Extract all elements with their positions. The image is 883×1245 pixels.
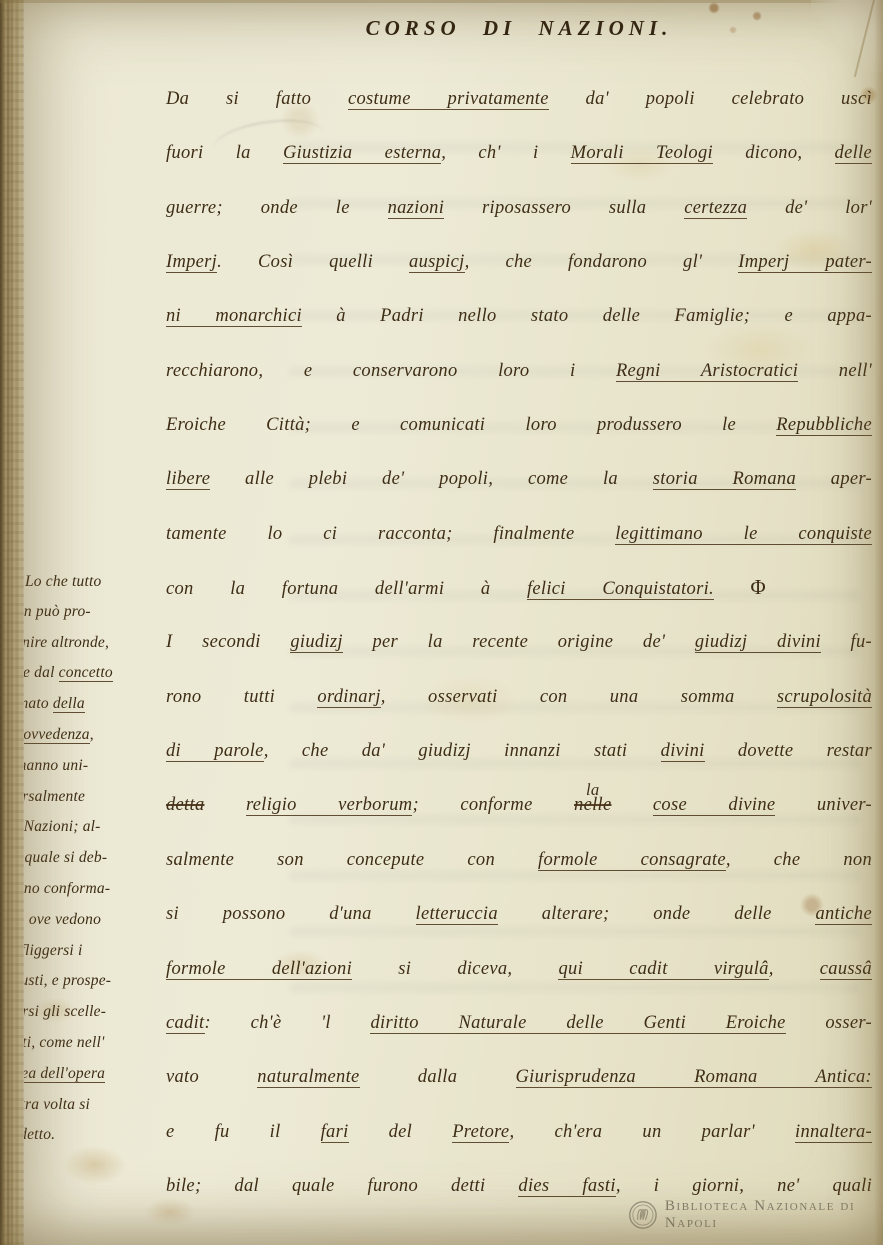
text-segment: , ch'era un parlar' <box>509 1122 795 1142</box>
manuscript-line: Provvedenza, <box>8 720 163 751</box>
text-segment: , che non <box>726 850 872 870</box>
text-segment: salmente son concepute con <box>166 850 538 870</box>
text-segment: , osservati con una somma <box>381 687 777 707</box>
text-segment: dovette restar <box>705 741 872 761</box>
manuscript-line: libere alle plebi de' popoli, come la st… <box>166 452 872 506</box>
text-segment: con la fortuna dell'armi à <box>166 579 527 599</box>
text-segment: osser- <box>786 1013 872 1033</box>
text-segment: , <box>90 726 94 743</box>
manuscript-line: non può pro- <box>8 597 163 628</box>
text-segment: ; conforme <box>412 795 574 815</box>
text-segment: concetto <box>59 664 113 682</box>
text-segment: letteruccia <box>416 904 498 925</box>
text-segment: recchiarono, e conservarono loro i <box>166 361 616 381</box>
margin-note: Φ Lo che tuttonon può pro-venire altrond… <box>8 566 163 1151</box>
text-segment: univer- <box>775 795 872 815</box>
manuscript-line: con la fortuna dell'armi à felici Conqui… <box>166 561 766 615</box>
text-segment: riposassero sulla <box>444 198 684 218</box>
manuscript-line: cadit: ch'è 'l diritto Naturale delle Ge… <box>166 996 872 1050</box>
text-segment: costume privatamente <box>348 89 549 110</box>
text-segment: libere <box>166 469 210 490</box>
manuscript-line: bile; dal quale furono detti dies fasti,… <box>166 1159 872 1213</box>
manuscript-line: Eroiche Città; e comunicati loro produss… <box>166 398 872 452</box>
manuscript-line: si possono d'una letteruccia alterare; o… <box>166 887 872 941</box>
text-segment: diritto Naturale delle Genti Eroiche <box>370 1013 785 1034</box>
text-segment: innaltera- <box>795 1122 872 1143</box>
text-segment: . Così quelli <box>217 252 409 272</box>
manuscript-line: c'hanno uni- <box>8 751 163 782</box>
manuscript-line: Φ Lo che tutto <box>8 566 163 597</box>
text-segment: detta <box>166 795 205 815</box>
text-segment: nazioni <box>388 198 445 219</box>
manuscript-line: formole dell'azioni si diceva, qui cadit… <box>166 942 872 996</box>
text-segment: qui cadit virgulâ <box>558 959 768 980</box>
page-right-edge <box>874 0 883 1245</box>
binding-texture <box>0 0 24 1245</box>
text-segment <box>205 795 246 815</box>
manuscript-line: ni monarchici à Padri nello stato delle … <box>166 289 872 343</box>
page-top-edge <box>0 0 883 3</box>
text-segment: Da si fatto <box>166 89 348 109</box>
manuscript-line: e fu il fari del Pretore, ch'era un parl… <box>166 1105 872 1159</box>
text-segment: Morali Teologi <box>571 143 713 164</box>
text-segment: si possono d'una <box>166 904 416 924</box>
text-segment: Regni Aristocratici <box>616 361 798 382</box>
manuscript-line: innato della <box>8 689 163 720</box>
text-segment: religio verborum <box>246 795 413 816</box>
manuscript-line: guerre; onde le nazioni riposassero sull… <box>166 181 872 235</box>
text-segment: cose divine <box>653 795 776 816</box>
reference-mark: Φ <box>751 577 766 599</box>
text-segment: Eroiche Città; e comunicati loro produss… <box>166 415 776 435</box>
manuscript-line: salmente son concepute con formole consa… <box>166 833 872 887</box>
text-segment: antiche <box>815 904 872 925</box>
manuscript-line: I secondi giudizj per la recente origine… <box>166 615 872 669</box>
text-segment: certezza <box>684 198 747 219</box>
manuscript-line: giusti, e prospe- <box>8 966 163 997</box>
text-segment <box>714 579 751 599</box>
text-segment: Pretore <box>452 1122 509 1143</box>
manuscript-line: che dal concetto <box>8 658 163 689</box>
text-segment <box>611 795 652 815</box>
text-segment: aper- <box>796 469 872 489</box>
text-segment: nellela <box>574 795 611 815</box>
manuscript-line: è detto. <box>8 1120 163 1151</box>
text-segment: fuori la <box>166 143 283 163</box>
text-segment: , ch' i <box>441 143 570 163</box>
text-segment: formole dell'azioni <box>166 959 352 980</box>
text-segment: divini <box>661 741 705 762</box>
manuscript-line: venire altronde, <box>8 628 163 659</box>
text-segment: legittimano le conquiste <box>615 524 872 545</box>
manuscript-line: Idea dell'opera <box>8 1059 163 1090</box>
text-segment: Giustizia esterna <box>283 143 441 164</box>
text-segment: storia Romana <box>653 469 796 490</box>
text-segment: nell' <box>798 361 872 381</box>
text-segment: bile; dal quale furono detti <box>166 1176 518 1196</box>
manuscript-line: vato naturalmente dalla Giurisprudenza R… <box>166 1050 872 1104</box>
text-segment: formole consagrate <box>538 850 726 871</box>
text-segment: , i giorni, ne' quali <box>616 1176 872 1196</box>
text-segment: de' lor' <box>747 198 872 218</box>
interlinear-insertion: la <box>586 782 600 799</box>
text-segment: ni monarchici <box>166 306 302 327</box>
text-segment: dalla <box>360 1067 516 1087</box>
manuscript-line: recchiarono, e conservarono loro i Regni… <box>166 344 872 398</box>
manuscript-line: re, ove vedono <box>8 905 163 936</box>
manuscript-line: le Nazioni; al- <box>8 812 163 843</box>
text-segment: fu- <box>821 632 872 652</box>
manuscript-line: Imperj. Così quelli auspicj, che fondaro… <box>166 235 872 289</box>
text-segment: Repubbliche <box>776 415 872 436</box>
text-segment: alle plebi de' popoli, come la <box>210 469 653 489</box>
text-segment: vato <box>166 1067 257 1087</box>
manuscript-line: rati, come nell' <box>8 1028 163 1059</box>
manuscript-line: rono tutti ordinarj, osservati con una s… <box>166 670 872 724</box>
text-segment: dies fasti <box>518 1176 615 1197</box>
text-segment: del <box>349 1122 453 1142</box>
manuscript-line: rarsi gli scelle- <box>8 997 163 1028</box>
text-segment: Lo che tutto <box>21 573 102 590</box>
text-segment: della <box>53 695 85 713</box>
text-segment: rono tutti <box>166 687 317 707</box>
text-segment: felici Conquistatori. <box>527 579 714 600</box>
manuscript-line: bono conforma- <box>8 874 163 905</box>
text-segment: à Padri nello stato delle Famiglie; e ap… <box>302 306 872 326</box>
manuscript-line: di parole, che da' giudizj innanzi stati… <box>166 724 872 778</box>
text-segment: giudizj <box>290 632 342 653</box>
text-segment: I secondi <box>166 632 290 652</box>
manuscript-page: CORSO DI NAZIONI. Da si fatto costume pr… <box>0 0 883 1245</box>
text-segment: si diceva, <box>352 959 558 979</box>
text-segment: da' popoli celebrato uscì <box>549 89 872 109</box>
text-segment: , che da' giudizj innanzi stati <box>264 741 661 761</box>
manuscript-line: tamente lo ci racconta; finalmente legit… <box>166 507 872 561</box>
manuscript-line: la quale si deb- <box>8 843 163 874</box>
text-segment: guerre; onde le <box>166 198 388 218</box>
text-segment: giudizj divini <box>695 632 821 653</box>
text-segment: alterare; onde delle <box>498 904 816 924</box>
text-segment: , che fondarono gl' <box>465 252 739 272</box>
text-segment: cadit <box>166 1013 205 1034</box>
text-segment: di parole <box>166 741 264 762</box>
manuscript-line: versalmente <box>8 782 163 813</box>
text-segment: naturalmente <box>257 1067 359 1088</box>
manuscript-line: fuori la Giustizia esterna, ch' i Morali… <box>166 126 872 180</box>
text-segment: ordinarj <box>317 687 380 708</box>
manuscript-line: detta religio verborum; conforme nellela… <box>166 778 872 832</box>
text-segment: , <box>769 959 820 979</box>
text-segment: Imperj pater- <box>738 252 872 273</box>
text-segment: auspicj <box>409 252 465 273</box>
manuscript-line: affliggersi i <box>8 936 163 967</box>
manuscript-line: altra volta si <box>8 1090 163 1121</box>
text-segment: per la recente origine de' <box>343 632 695 652</box>
text-segment: delle <box>835 143 872 164</box>
page-title: CORSO DI NAZIONI. <box>166 16 872 41</box>
manuscript-body: Da si fatto costume privatamente da' pop… <box>166 72 872 1213</box>
manuscript-line: Da si fatto costume privatamente da' pop… <box>166 72 872 126</box>
text-segment: e fu il <box>166 1122 321 1142</box>
text-segment: tamente lo ci racconta; finalmente <box>166 524 615 544</box>
text-segment: dicono, <box>713 143 835 163</box>
text-segment: Giurisprudenza Romana Antica: <box>516 1067 872 1088</box>
text-segment: : ch'è 'l <box>205 1013 371 1033</box>
text-segment: caussâ <box>820 959 872 980</box>
text-segment: Imperj <box>166 252 217 273</box>
text-segment: scrupolosità <box>777 687 872 708</box>
text-segment: fari <box>321 1122 349 1143</box>
